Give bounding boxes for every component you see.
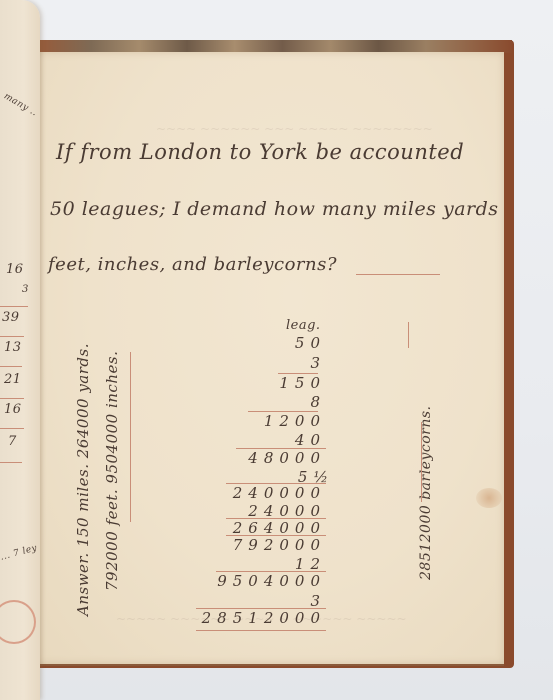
manuscript-page: ~~~~ ~~~~~~ ~~~ ~~~~~ ~~~~~~~~ ~~~~~ ~~~… [36,52,504,666]
facing-fragment-bottom: ... 7 ley [0,543,38,562]
red-rule [356,274,440,275]
flourish-decoration [0,600,36,644]
paper-stain [476,488,502,508]
facing-number: 13 [4,340,22,355]
calc-multiplier: 8 [310,393,326,411]
problem-line-2: 50 leagues; I demand how many miles yard… [50,198,499,220]
calc-multiplier: 40 [295,431,326,449]
facing-page-edge: many .. 16 3 39 13 21 16 7 ... 7 ley [0,0,40,700]
facing-rule [0,428,24,429]
calc-row: 150 [279,374,326,392]
facing-rule [0,336,24,337]
facing-rule [0,366,22,367]
facing-rule [0,398,24,399]
facing-fragment-top: many .. [2,91,39,118]
answer-line-1: Answer. 150 miles. 264000 yards. [74,346,92,616]
answer-red-rule [408,322,409,348]
answer-red-rule [130,352,131,522]
calc-row: 240000 [233,484,326,502]
calc-row: 28512000 [202,609,326,627]
calc-rule [196,630,326,631]
problem-line-3: feet, inches, and barleycorns? [48,254,337,275]
facing-number: 7 [8,434,17,449]
problem-line-1: If from London to York be accounted [56,140,464,164]
calc-row: 9504000 [217,572,326,590]
facing-number: 16 [6,262,24,277]
unit-label: leag. [286,318,321,333]
calc-row: 48000 [248,449,326,467]
calculation-column: leag. 50 3 150 8 1200 40 48000 5½ 240000… [176,314,326,604]
calc-row: 1200 [264,412,326,430]
facing-number: 3 [22,284,29,295]
facing-rule [0,306,28,307]
calc-row: 792000 [233,536,326,554]
calc-row: 50 [295,334,326,352]
facing-rule [0,462,22,463]
facing-number: 16 [4,402,22,417]
answer-red-rule [421,422,422,502]
facing-number: 39 [2,310,20,325]
facing-number: 21 [4,372,22,387]
bleed-through-text: ~~~~ ~~~~~~ ~~~ ~~~~~ ~~~~~~~~ [156,122,433,136]
calc-multiplier: 3 [310,354,326,372]
answer-line-2: 792000 feet. 9504000 inches. [103,331,121,591]
